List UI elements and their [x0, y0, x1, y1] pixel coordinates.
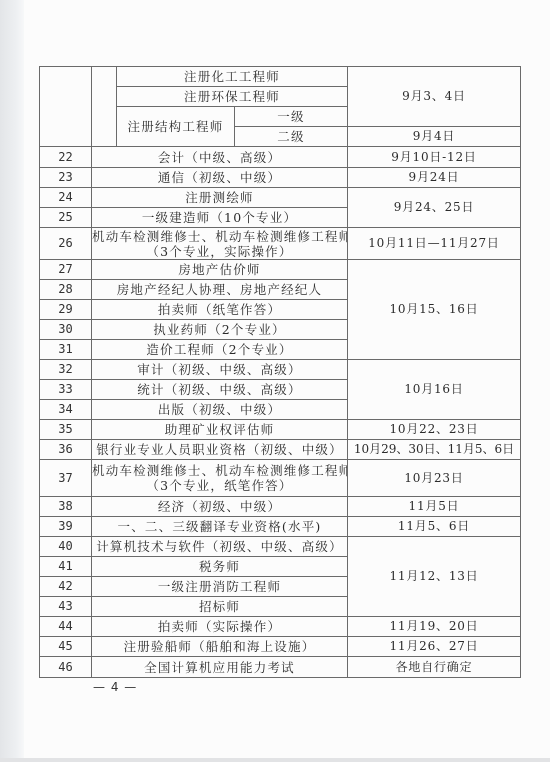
exam-date-cell: 9月10日-12日	[348, 147, 521, 168]
row-number: 31	[40, 340, 92, 360]
exam-date-cell: 11月5日	[348, 497, 521, 517]
exam-date-cell: 11月19、20日	[348, 617, 521, 637]
exam-name-cell: 注册结构工程师	[117, 107, 235, 147]
exam-date-cell: 10月16日	[348, 360, 521, 420]
exam-name-cell: 计算机技术与软件（初级、中级、高级）	[92, 537, 348, 557]
row-number: 32	[40, 360, 92, 380]
table-row: 23 通信（初级、中级） 9月24日	[40, 168, 521, 188]
exam-name-cell: 审计（初级、中级、高级）	[92, 360, 348, 380]
row-number: 42	[40, 577, 92, 597]
table-row: 40 计算机技术与软件（初级、中级、高级） 11月12、13日	[40, 537, 521, 557]
table-row: 39 一、二、三级翻译专业资格(水平) 11月5、6日	[40, 517, 521, 537]
exam-date-cell: 10月15、16日	[348, 260, 521, 360]
exam-name-cell: 助理矿业权评估师	[92, 420, 348, 440]
exam-date-cell: 11月12、13日	[348, 537, 521, 617]
exam-name-cell: 会计（中级、高级）	[92, 147, 348, 168]
exam-name-cell: 一级建造师（10个专业）	[92, 208, 348, 228]
table-row: 35 助理矿业权评估师 10月22、23日	[40, 420, 521, 440]
row-number: 33	[40, 380, 92, 400]
row-number: 22	[40, 147, 92, 168]
exam-name-cell: 执业药师（2个专业）	[92, 320, 348, 340]
row-number: 38	[40, 497, 92, 517]
exam-name-cell: 税务师	[92, 557, 348, 577]
exam-date-cell: 9月3、4日	[348, 67, 521, 127]
exam-name-cell: 拍卖师（纸笔作答）	[92, 300, 348, 320]
row-number: 40	[40, 537, 92, 557]
exam-name-cell: 经济（初级、中级）	[92, 497, 348, 517]
exam-date-cell: 各地自行确定	[348, 657, 521, 678]
row-number: 29	[40, 300, 92, 320]
exam-name-cell: 机动车检测维修士、机动车检测维修工程师 （3个专业，纸笔作答）	[92, 460, 348, 497]
row-number: 35	[40, 420, 92, 440]
row-number: 46	[40, 657, 92, 678]
row-number: 34	[40, 400, 92, 420]
exam-date-cell: 11月26、27日	[348, 637, 521, 657]
exam-date-cell: 10月22、23日	[348, 420, 521, 440]
row-number: 45	[40, 637, 92, 657]
row-number: 41	[40, 557, 92, 577]
exam-date-cell: 10月11日—11月27日	[348, 228, 521, 260]
exam-name-cell: 银行业专业人员职业资格（初级、中级）	[92, 440, 348, 460]
exam-name-cell: 出版（初级、中级）	[92, 400, 348, 420]
exam-name-cell: 一级注册消防工程师	[92, 577, 348, 597]
table-row: 36 银行业专业人员职业资格（初级、中级） 10月29、30日、11月5、6日	[40, 440, 521, 460]
exam-level-cell: 一级	[235, 107, 348, 127]
row-number: 44	[40, 617, 92, 637]
exam-name-cell: 注册测绘师	[92, 188, 348, 208]
scan-edge-bottom	[0, 758, 550, 762]
row-number: 36	[40, 440, 92, 460]
row-number: 23	[40, 168, 92, 188]
category-cell-empty	[92, 67, 117, 147]
table-row: 46 全国计算机应用能力考试 各地自行确定	[40, 657, 521, 678]
table-row: 注册化工工程师 9月3、4日	[40, 67, 521, 87]
exam-name-cell: 注册验船师（船舶和海上设施）	[92, 637, 348, 657]
table-row: 37 机动车检测维修士、机动车检测维修工程师 （3个专业，纸笔作答） 10月23…	[40, 460, 521, 497]
exam-note: （3个专业，实际操作）	[92, 244, 347, 259]
exam-name-cell: 机动车检测维修士、机动车检测维修工程师 （3个专业，实际操作）	[92, 228, 348, 260]
row-number: 25	[40, 208, 92, 228]
exam-name-cell: 注册化工工程师	[117, 67, 348, 87]
exam-name-cell: 造价工程师（2个专业）	[92, 340, 348, 360]
exam-name-cell: 房地产经纪人协理、房地产经纪人	[92, 280, 348, 300]
exam-name-cell: 通信（初级、中级）	[92, 168, 348, 188]
exam-name-cell: 招标师	[92, 597, 348, 617]
exam-schedule-table-container: 注册化工工程师 9月3、4日 注册环保工程师 注册结构工程师 一级 二级 9月4…	[39, 66, 521, 678]
exam-name: 机动车检测维修士、机动车检测维修工程师	[92, 463, 347, 478]
table-row: 44 拍卖师（实际操作） 11月19、20日	[40, 617, 521, 637]
scan-edge-shadow	[0, 0, 24, 762]
exam-date-cell: 9月24、25日	[348, 188, 521, 228]
exam-name-cell: 注册环保工程师	[117, 87, 348, 107]
exam-level-cell: 二级	[235, 127, 348, 147]
table-row: 26 机动车检测维修士、机动车检测维修工程师 （3个专业，实际操作） 10月11…	[40, 228, 521, 260]
exam-name-cell: 拍卖师（实际操作）	[92, 617, 348, 637]
exam-name-cell: 一、二、三级翻译专业资格(水平)	[92, 517, 348, 537]
exam-date-cell: 11月5、6日	[348, 517, 521, 537]
exam-schedule-table: 注册化工工程师 9月3、4日 注册环保工程师 注册结构工程师 一级 二级 9月4…	[39, 66, 521, 678]
row-number: 28	[40, 280, 92, 300]
exam-date-cell: 9月24日	[348, 168, 521, 188]
exam-name-cell: 房地产估价师	[92, 260, 348, 280]
table-row: 32 审计（初级、中级、高级） 10月16日	[40, 360, 521, 380]
row-number: 30	[40, 320, 92, 340]
row-number: 43	[40, 597, 92, 617]
table-row: 24 注册测绘师 9月24、25日	[40, 188, 521, 208]
row-number: 24	[40, 188, 92, 208]
exam-note: （3个专业，纸笔作答）	[92, 478, 347, 493]
table-row: 22 会计（中级、高级） 9月10日-12日	[40, 147, 521, 168]
row-number: 26	[40, 228, 92, 260]
exam-name: 机动车检测维修士、机动车检测维修工程师	[92, 229, 347, 244]
exam-name-cell: 统计（初级、中级、高级）	[92, 380, 348, 400]
row-number: 27	[40, 260, 92, 280]
table-row: 45 注册验船师（船舶和海上设施） 11月26、27日	[40, 637, 521, 657]
exam-date-cell: 9月4日	[348, 127, 521, 147]
row-number-cell-empty	[40, 67, 92, 147]
table-row: 38 经济（初级、中级） 11月5日	[40, 497, 521, 517]
exam-date-cell: 10月29、30日、11月5、6日	[348, 440, 521, 460]
exam-date-cell: 10月23日	[348, 460, 521, 497]
page-number: — 4 —	[93, 680, 137, 694]
exam-name-cell: 全国计算机应用能力考试	[92, 657, 348, 678]
row-number: 39	[40, 517, 92, 537]
table-row: 27 房地产估价师 10月15、16日	[40, 260, 521, 280]
row-number: 37	[40, 460, 92, 497]
